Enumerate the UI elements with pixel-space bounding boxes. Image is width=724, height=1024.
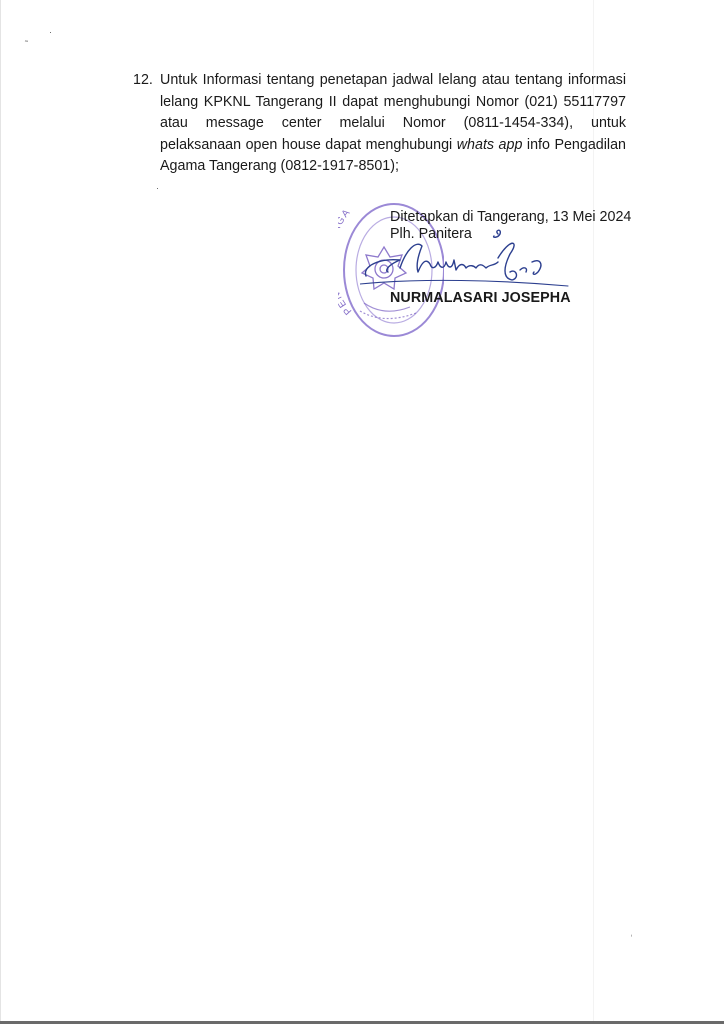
- list-item-12: 12. Untuk Informasi tentang penetapan ja…: [133, 70, 626, 178]
- page-edge-left: [0, 0, 1, 1024]
- scan-speck: ·: [156, 184, 159, 193]
- list-item-text: Untuk Informasi tentang penetapan jadwal…: [160, 70, 626, 178]
- document-page: ˜ · · ˒ 12. Untuk Informasi tentang pene…: [0, 0, 724, 1024]
- list-item-number: 12.: [133, 70, 159, 92]
- place-date: Ditetapkan di Tangerang, 13 Mei 2024: [390, 209, 631, 226]
- handwritten-signature-icon: [360, 228, 570, 292]
- scan-speck: ·: [49, 28, 52, 37]
- signatory-name: NURMALASARI JOSEPHA: [390, 290, 571, 307]
- scan-speck: ˒: [630, 930, 633, 939]
- scan-speck: ˜: [25, 40, 28, 49]
- svg-text:PENGADILAN AGA: PENGADILAN AGA: [338, 206, 354, 316]
- item-text-italic: whats app: [457, 137, 523, 153]
